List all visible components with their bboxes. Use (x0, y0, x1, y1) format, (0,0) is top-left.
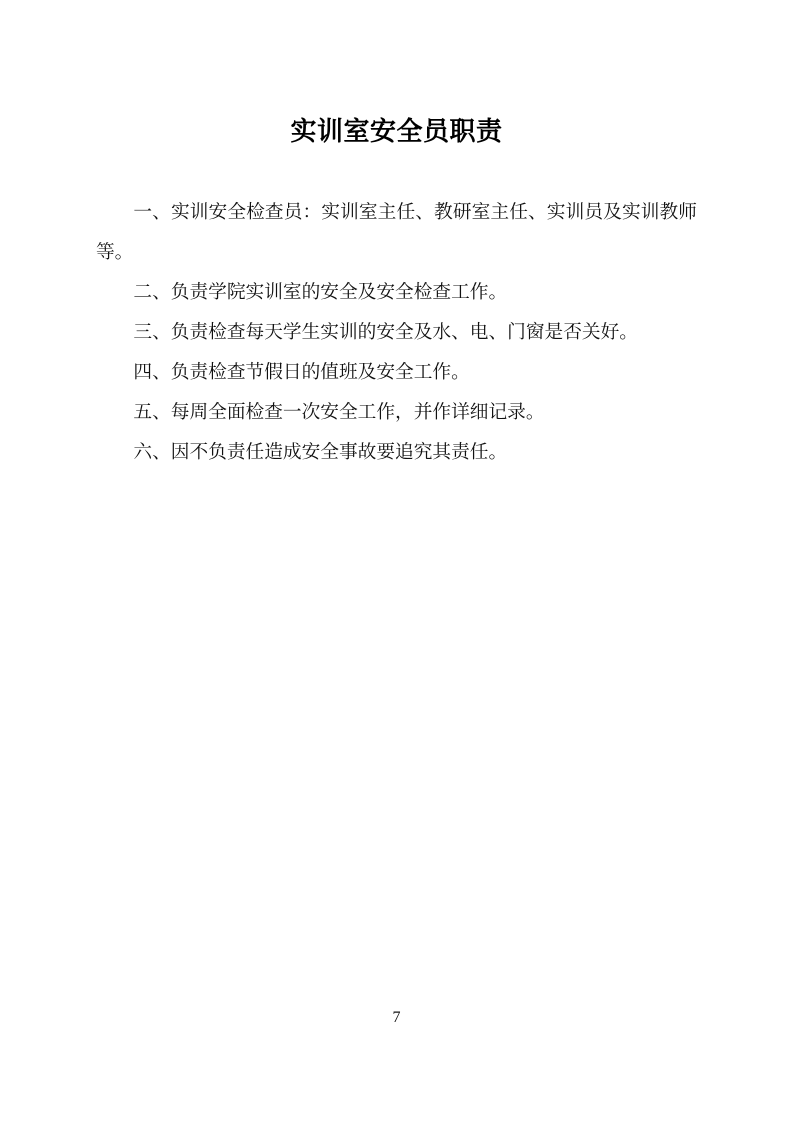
list-item-4: 四、负责检查节假日的值班及安全工作。 (96, 353, 697, 393)
list-item-6: 六、因不负责任造成安全事故要追究其责任。 (96, 433, 697, 473)
list-item-1: 一、实训安全检查员：实训室主任、教研室主任、实训员及实训教师等。 (96, 193, 697, 273)
page-number: 7 (0, 1008, 793, 1028)
document-body: 一、实训安全检查员：实训室主任、教研室主任、实训员及实训教师等。 二、负责学院实… (96, 193, 697, 473)
document-title: 实训室安全员职责 (0, 0, 793, 146)
list-item-3: 三、负责检查每天学生实训的安全及水、电、门窗是否关好。 (96, 313, 697, 353)
list-item-5: 五、每周全面检查一次安全工作，并作详细记录。 (96, 393, 697, 433)
list-item-2: 二、负责学院实训室的安全及安全检查工作。 (96, 273, 697, 313)
document-page: 实训室安全员职责 一、实训安全检查员：实训室主任、教研室主任、实训员及实训教师等… (0, 0, 793, 1122)
